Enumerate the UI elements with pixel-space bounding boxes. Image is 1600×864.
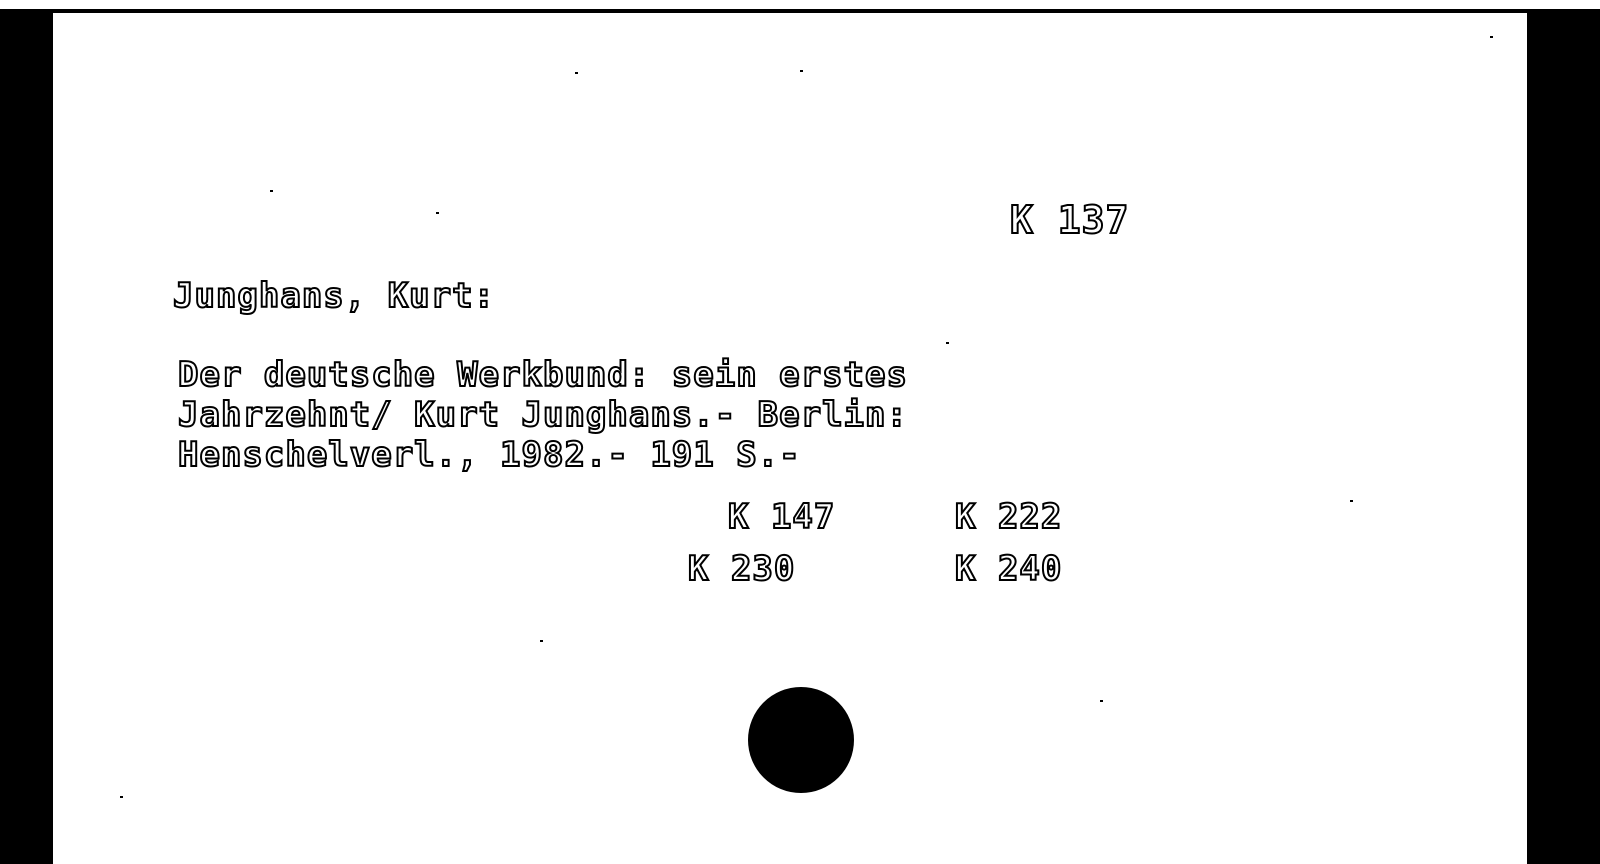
description-line: Henschelverl., 1982.- 191 S.- <box>178 435 801 475</box>
description-line: Der deutsche Werkbund: sein erstes <box>178 355 908 395</box>
speck <box>575 72 578 74</box>
scan-border-left <box>0 9 53 864</box>
speck <box>270 190 273 192</box>
speck <box>1350 500 1353 502</box>
description-line: Jahrzehnt/ Kurt Junghans.- Berlin: <box>178 395 908 435</box>
speck <box>946 342 949 344</box>
author-heading: Junghans, Kurt: <box>173 276 495 316</box>
speck <box>120 796 123 798</box>
cross-reference: K 240 <box>955 549 1062 589</box>
scan-border-right <box>1527 9 1600 864</box>
speck <box>1100 700 1103 702</box>
punch-hole <box>748 687 854 793</box>
cross-reference: K 147 <box>728 497 835 537</box>
cross-reference: K 230 <box>688 549 795 589</box>
speck <box>540 640 543 642</box>
call-number: K 137 <box>1010 200 1129 240</box>
speck <box>1490 36 1493 38</box>
cross-reference: K 222 <box>955 497 1062 537</box>
speck <box>436 212 439 214</box>
speck <box>800 70 803 72</box>
top-margin <box>0 0 1600 9</box>
